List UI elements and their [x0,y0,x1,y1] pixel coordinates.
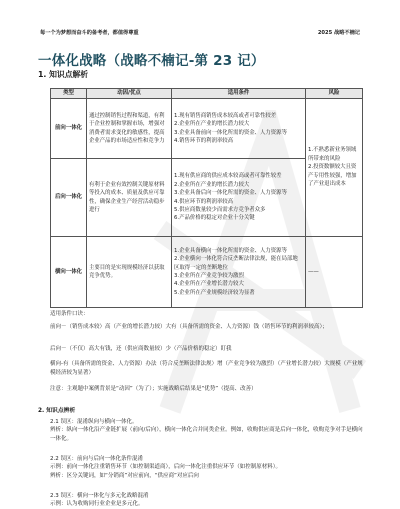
motive-cell: 通过控制销售过程和渠道，有利于企业控制和掌握市场，增强对消费者需求变化的敏感性，… [87,99,172,159]
risk-item: 2.投资数额较大且资产专用性较强，增加了产业退出成本 [308,163,360,188]
section-1-heading: 1. 知识点解析 [38,69,88,80]
table-header-row: 类型 动因/优点 适用条件 风险 [51,89,363,99]
table-row: 横向一体化 主要目的是实现规模经济以获取竞争优势。 1.企业具备横向一体化所需的… [51,237,363,308]
risk-cell: —— [306,237,363,308]
page-header: 每一个为梦想而奋斗的备考者，都值得尊重 2025 战略不楠记 [40,29,360,36]
note-text: 注意：主观题中案例背景是“动因”（为了）；实施战略后结果是“优势”（提高、改善） [50,385,365,394]
condition-item: 5.企业所在产业规模经济较为显著 [174,289,303,297]
condition-item: 1.现有供应商的供应成本较高或者可靠性较差 [174,172,303,180]
motive-cell: 有利于企业有效控制关键原材料等投入的成本、质量及供应可靠性，确保企业生产经营活动… [87,159,172,237]
condition-item: 4.供应环节的利润率较高 [174,198,303,206]
analysis-item: 2.1 误区：混淆纵向与横向一体化。 辨析：纵向一体化沿产业链扩展（前向/后向）… [50,418,365,443]
risk-item: 1.不熟悉新业务领域所带来的风险 [308,146,360,163]
condition-item: 3.企业所在产业竞争较为激烈 [174,272,303,280]
condition-item: 2.企业所在产业的增长潜力较大 [174,181,303,189]
type-cell: 横向一体化 [51,237,87,308]
analysis-title: 2.1 误区：混淆纵向与横向一体化。 [50,418,365,426]
header-slogan: 每一个为梦想而奋斗的备考者，都值得尊重 [40,29,139,36]
conditions-cell: 1.企业具备横向一体化所需的资金、人力资源等 2.企业横向一体化符合反垄断法律法… [172,237,306,308]
mnemonic-backward: 后向－（不仅）高大有钱，还（供应商数量较）少（产品价格的稳定）盯我 [50,345,365,354]
motive-cell: 主要目的是实现规模经济以获取竞争优势。 [87,237,172,308]
risk-cell-merged: 1.不熟悉新业务领域所带来的风险 2.投资数额较大且资产专用性较强，增加了产业退… [306,99,363,237]
header-book-title: 2025 战略不楠记 [318,29,360,36]
analysis-line: 示例：认为收购同行业企业是多元化。 [50,500,365,508]
condition-item: 5.供应商数量较少而需求方竞争者众多 [174,206,303,214]
analysis-item: 2.2 误区：前向与后向一体化条件混淆 示例：前向一体化注重销售环节（如控制渠道… [50,455,365,480]
column-header-motive: 动因/优点 [87,89,172,99]
analysis-line: 示例：前向一体化注重销售环节（如控制渠道商），后向一体化注重供应环节（如控制原材… [50,463,365,471]
condition-item: 2.企业横向一体化符合反垄断法律法规，能在局部地区取得一定的垄断地位 [174,255,303,272]
conditions-cell: 1.现有供应商的供应成本较高或者可靠性较差 2.企业所在产业的增长潜力较大 3.… [172,159,306,237]
condition-item: 1.企业具备横向一体化所需的资金、人力资源等 [174,247,303,255]
mnemonic-horizontal: 横向-有（具备所需的资金、人力资源）办法（符合反垄断法律法规）增（产业竞争较为激… [50,360,365,377]
type-cell: 前向一体化 [51,99,87,159]
page-title: 一体化战略（战略不楠记-第 23 记） [38,49,265,69]
mnemonic-label: 适用条件口诀： [50,310,365,319]
analysis-item: 2.3 误区：横向一体化与多元化战略混淆 示例：认为收购同行业企业是多元化。 [50,492,365,509]
condition-item: 4.销售环节的利润率较高 [174,137,303,145]
condition-item: 2.企业所在产业的增长潜力较大 [174,120,303,128]
mnemonic-forward: 前向－（销售成本较）高（产业的增长潜力较）大有（具备所需的资金、人力资源）钱（销… [50,323,365,332]
strategy-table: 类型 动因/优点 适用条件 风险 前向一体化 通过控制销售过程和渠道，有利于企业… [50,88,363,308]
section-2-heading: 2. 知识点辨析 [38,405,75,414]
analysis-title: 2.2 误区：前向与后向一体化条件混淆 [50,455,365,463]
condition-item: 6.产品价格的稳定对企业十分关键 [174,214,303,222]
column-header-conditions: 适用条件 [172,89,306,99]
column-header-risk: 风险 [306,89,363,99]
analysis-title: 2.3 误区：横向一体化与多元化战略混淆 [50,492,365,500]
table-row: 前向一体化 通过控制销售过程和渠道，有利于企业控制和掌握市场，增强对消费者需求变… [51,99,363,159]
analysis-line: 辨析：区分关键词，如“分销商”对应前向，“供应商”对应后向 [50,472,365,480]
condition-item: 1.现有销售商销售成本较高或者可靠性较差 [174,112,303,120]
condition-item: 3.企业具备前向一体化所需的资金、人力资源等 [174,129,303,137]
condition-item: 4.企业所在产业增长潜力较大 [174,280,303,288]
analysis-line: 辨析：纵向一体化沿产业链扩展（前向/后向），横向一体化合并同类企业。例如，收购供… [50,426,365,443]
conditions-cell: 1.现有销售商销售成本较高或者可靠性较差 2.企业所在产业的增长潜力较大 3.企… [172,99,306,159]
type-cell: 后向一体化 [51,159,87,237]
condition-item: 3.企业具备后向一体化所需的资金、人力资源等 [174,189,303,197]
column-header-type: 类型 [51,89,87,99]
